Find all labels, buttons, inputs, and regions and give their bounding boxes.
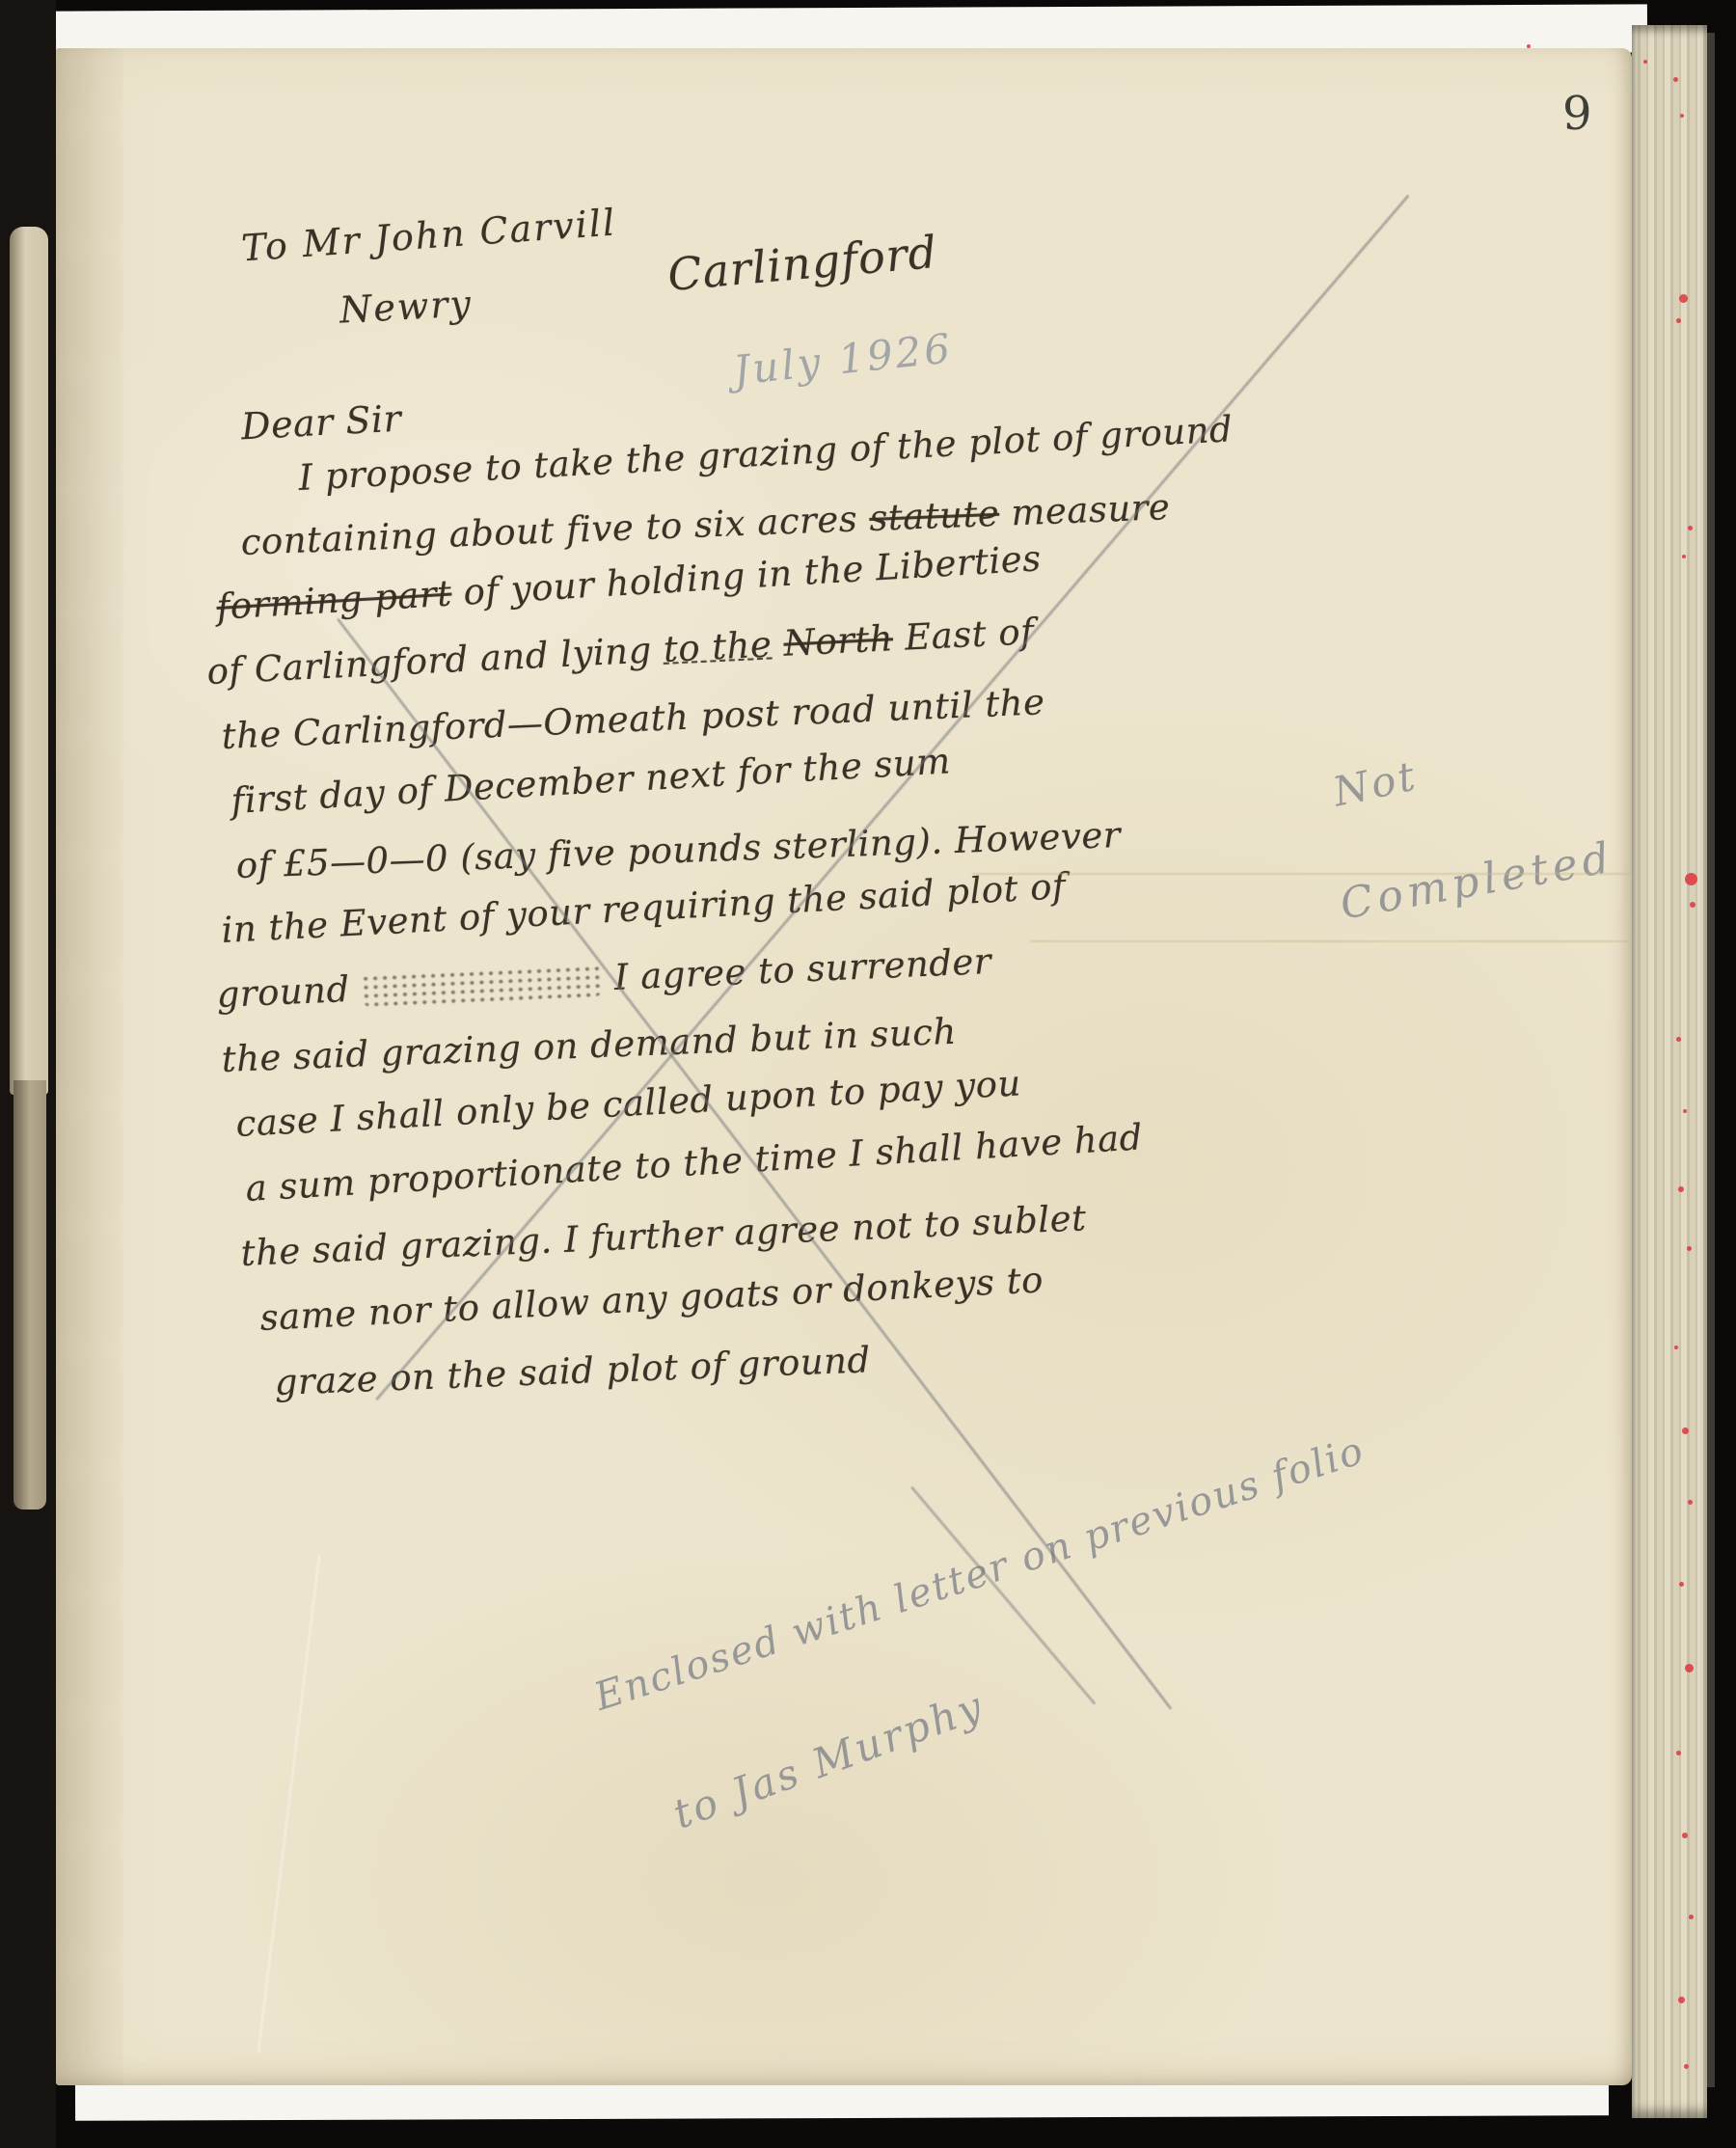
paper-crease — [1030, 940, 1632, 942]
facing-page-edge-lower — [14, 1080, 46, 1509]
red-speckle — [1643, 60, 1647, 64]
red-speckle — [1684, 2064, 1689, 2069]
letter-text-segment: I agree to surrender — [602, 940, 992, 999]
red-speckle — [1678, 1186, 1684, 1192]
letter-text-segment: to the — [663, 623, 773, 669]
red-speckle — [1682, 1833, 1688, 1838]
addressee-name: To Mr John Carvill — [240, 201, 618, 269]
letter-body: I propose to take the grazing of the plo… — [207, 446, 1480, 1415]
red-speckle — [1685, 873, 1697, 885]
red-speckle — [1674, 1346, 1678, 1349]
red-speckle — [1689, 1915, 1694, 1919]
addressee-town: Newry — [339, 282, 474, 331]
red-speckle — [1673, 77, 1678, 82]
ink-blot — [361, 965, 603, 1008]
facing-page-edge — [10, 227, 48, 1095]
red-speckle — [1685, 1664, 1694, 1672]
letter-text-segment: of Carlingford and lying — [206, 629, 665, 693]
red-speckle — [1527, 44, 1531, 48]
pencil-date: July 1926 — [731, 324, 955, 394]
annotation-enclosed-note: Enclosed with letter on previous folio — [589, 1428, 1370, 1720]
red-speckle — [1676, 1751, 1681, 1755]
red-speckle — [1682, 1427, 1689, 1434]
letter-text-segment: forming part — [215, 573, 452, 628]
red-speckle — [1678, 1997, 1685, 2003]
letter-place: Carlingford — [665, 226, 939, 301]
folio-number: 9 — [1562, 87, 1593, 141]
right-page-edges — [1632, 25, 1709, 2118]
letter-text-segment: East of — [892, 611, 1035, 659]
book-cover-sliver — [1707, 33, 1715, 2087]
red-speckle — [1687, 1246, 1692, 1251]
red-speckle — [1682, 555, 1686, 558]
red-speckle — [1676, 318, 1681, 323]
paper-crease — [257, 1555, 320, 2053]
letter-page: 9 To Mr John Carvill Newry Carlingford J… — [56, 48, 1632, 2085]
annotation-enclosed-note-recipient: to Jas Murphy — [667, 1682, 990, 1838]
letter-text-segment: graze on the said plot of ground — [274, 1339, 871, 1403]
salutation: Dear Sir — [240, 397, 402, 449]
red-speckle — [1683, 1109, 1687, 1113]
red-speckle — [1688, 526, 1693, 530]
red-speckle — [1690, 902, 1695, 908]
scan-background: 9 To Mr John Carvill Newry Carlingford J… — [0, 0, 1736, 2148]
paper-crease — [972, 873, 1632, 875]
letter-text-segment: ground — [216, 967, 363, 1016]
red-speckle — [1679, 1582, 1684, 1587]
red-speckle — [1680, 114, 1684, 118]
red-speckle — [1676, 1037, 1681, 1042]
red-speckle — [1688, 1500, 1693, 1505]
letter-text-segment: North — [782, 617, 894, 664]
red-speckle — [1679, 294, 1688, 303]
